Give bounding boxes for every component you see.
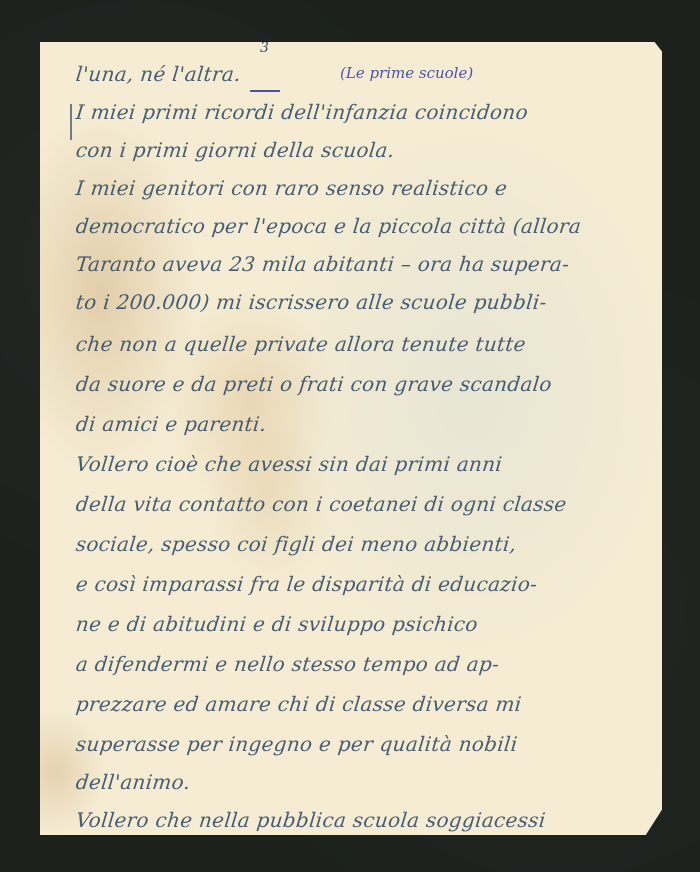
text-line: Vollero che nella pubblica scuola soggia… [75,808,547,832]
page-number: 3 [260,40,269,56]
text-line: e così imparassi fra le disparità di edu… [75,572,539,596]
text-line: Taranto aveva 23 mila abitanti – ora ha … [75,252,571,276]
text-line: da suore e da preti o frati con grave sc… [75,372,553,396]
text-line: to i 200.000) mi iscrissero alle scuole … [75,290,548,314]
text-line: sociale, spesso coi figli dei meno abbie… [75,532,518,556]
underline-mark [250,90,280,92]
text-line: ne e di abitudini e di sviluppo psichico [75,612,479,636]
text-line: di amici e parenti. [75,412,268,436]
text-line: l'una, né l'altra. [75,62,242,86]
text-line: democratico per l'epoca e la piccola cit… [75,214,583,238]
margin-note: (Le prime scuole) [340,64,473,82]
text-line: I miei genitori con raro senso realistic… [75,176,509,200]
text-line: che non a quelle private allora tenute t… [75,332,527,356]
text-line: dell'animo. [75,770,192,794]
text-line: prezzare ed amare chi di classe diversa … [75,692,523,716]
text-line: a difendermi e nello stesso tempo ad ap- [75,652,501,676]
text-line: Vollero cioè che avessi sin dai primi an… [75,452,504,476]
manuscript-page: 3 (Le prime scuole) l'una, né l'altra. I… [40,42,662,835]
text-line: con i primi giorni della scuola. [75,138,396,162]
text-line: della vita contatto con i coetanei di og… [75,492,568,516]
margin-mark [70,104,72,140]
text-line: superasse per ingegno e per qualità nobi… [75,732,519,756]
text-line: I miei primi ricordi dell'infanzia coinc… [75,100,530,124]
